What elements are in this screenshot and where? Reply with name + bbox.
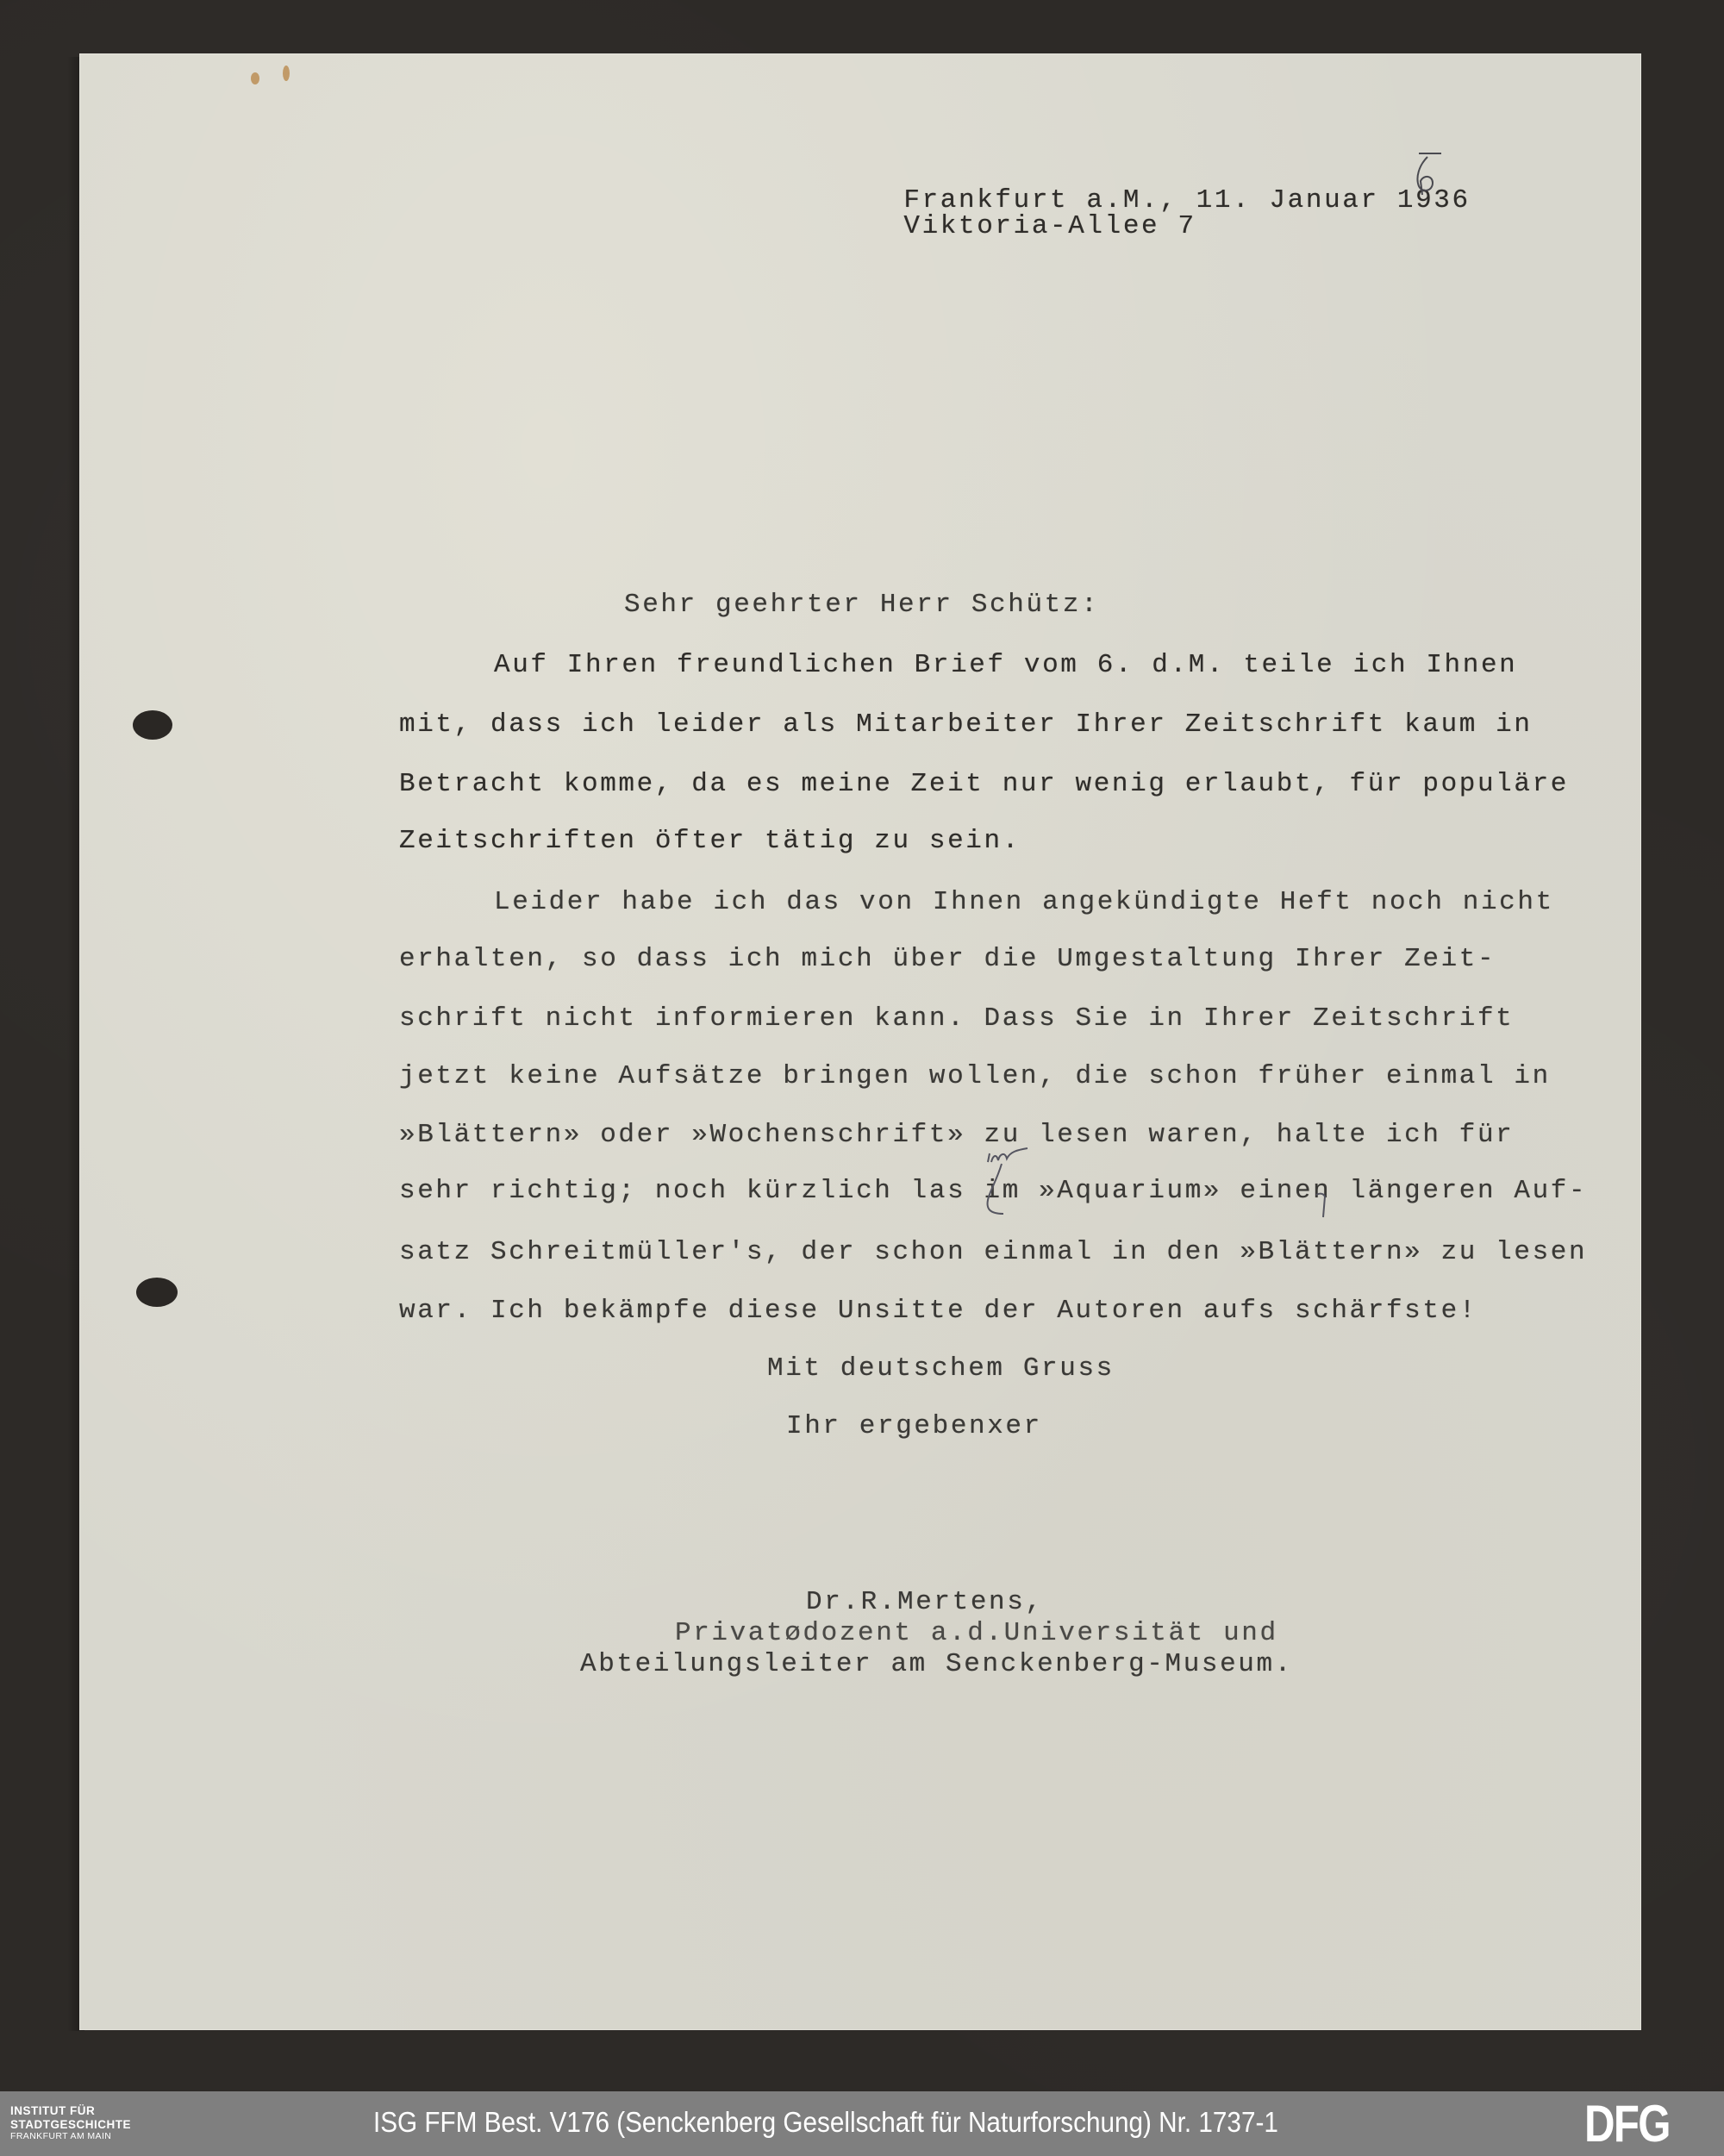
signature-title-1: Privatødozent a.d.Universität und xyxy=(675,1620,1278,1647)
address-text: Viktoria-Allee 7 xyxy=(903,211,1196,241)
institute-logo: INSTITUT FÜR STADTGESCHICHTE FRANKFURT A… xyxy=(10,2105,131,2141)
body-line: satz Schreitmüller's, der schon einmal i… xyxy=(399,1239,1587,1265)
signature-name: Dr.R.Mertens, xyxy=(806,1589,1044,1615)
archive-footer-bar: INSTITUT FÜR STADTGESCHICHTE FRANKFURT A… xyxy=(0,2091,1724,2156)
body-line: jetzt keine Aufsätze bringen wollen, die… xyxy=(399,1063,1551,1090)
salutation: Sehr geehrter Herr Schütz: xyxy=(624,591,1099,618)
body-line: Zeitschriften öfter tätig zu sein. xyxy=(399,828,1021,854)
body-line: Leider habe ich das von Ihnen angekündig… xyxy=(494,889,1554,916)
body-line: schrift nicht informieren kann. Dass Sie… xyxy=(399,1005,1514,1032)
institute-location: FRANKFURT AM MAIN xyxy=(10,2132,131,2141)
institute-name-line-2: STADTGESCHICHTE xyxy=(10,2119,131,2131)
body-line: war. Ich bekämpfe diese Unsitte der Auto… xyxy=(399,1297,1477,1324)
closing-line: Mit deutschem Gruss xyxy=(767,1355,1115,1382)
body-line: sehr richtig; noch kürzlich las im »Aqua… xyxy=(399,1178,1587,1204)
institute-name-line-1: INSTITUT FÜR xyxy=(10,2105,131,2117)
address-line: Viktoria-Allee 7 xyxy=(867,186,1196,240)
body-line: Betracht komme, da es meine Zeit nur wen… xyxy=(399,771,1569,797)
archive-signature-caption: ISG FFM Best. V176 (Senckenberg Gesellsc… xyxy=(373,2108,1278,2136)
signature-title-2: Abteilungsleiter am Senckenberg-Museum. xyxy=(580,1651,1293,1678)
rust-stain xyxy=(251,72,259,84)
dfg-logo: DFG xyxy=(1584,2098,1670,2150)
body-line: erhalten, so dass ich mich über die Umge… xyxy=(399,946,1496,972)
body-line: »Blättern» oder »Wochenschrift» zu lesen… xyxy=(399,1122,1514,1148)
punch-hole-lower xyxy=(136,1278,178,1307)
rust-stain xyxy=(283,66,290,81)
closing-sub-line: Ihr ergebenxer xyxy=(786,1413,1042,1440)
punch-hole-upper xyxy=(133,710,172,740)
body-line: Auf Ihren freundlichen Brief vom 6. d.M.… xyxy=(494,652,1517,678)
letter-page xyxy=(79,53,1641,2030)
body-line: mit, dass ich leider als Mitarbeiter Ihr… xyxy=(399,711,1533,738)
